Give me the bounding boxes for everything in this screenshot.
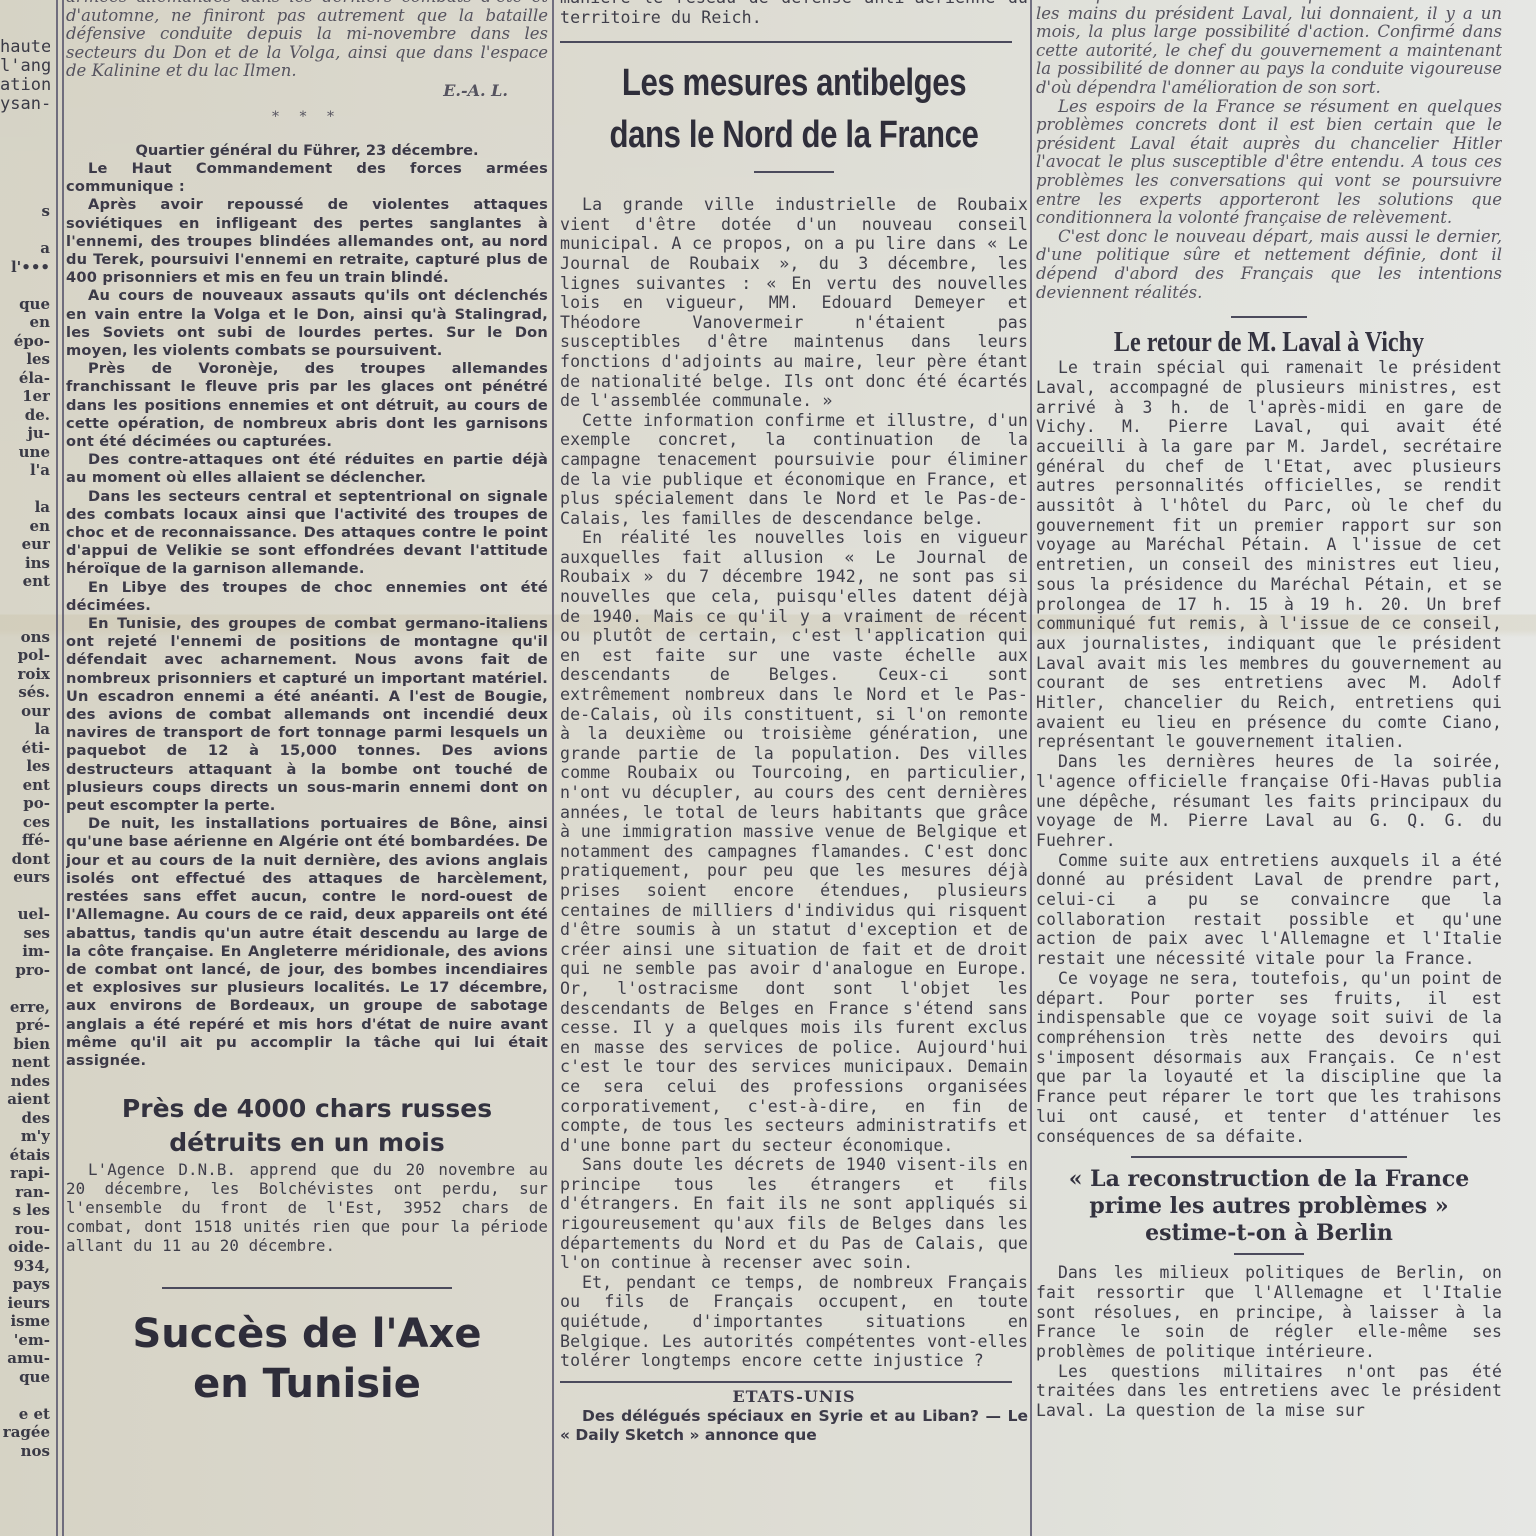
paragraph: Les questions militaires n'ont pas été t… [1036, 1362, 1502, 1421]
tunisia-headline: Succès de l'Axe en Tunisie [66, 1309, 548, 1409]
paragraph: Sans doute les décrets de 1940 visent-il… [560, 1155, 1028, 1273]
fragment-line: en [0, 313, 50, 332]
fragment-line: ragée [0, 1423, 50, 1442]
laval-headline: Le retour de M. Laval à Vichy [1069, 328, 1470, 358]
fragment-line: ran- [0, 1183, 50, 1202]
section-rule [162, 1287, 452, 1289]
paragraph: En réalité les nouvelles lois en vigueur… [560, 528, 1028, 1155]
fragment-line: ent [0, 776, 50, 795]
paragraph: Comme suite aux entretiens auxquels il a… [1036, 851, 1502, 969]
cutoff-top-fragment: hautel'ang-ationysan- [0, 38, 50, 114]
fragment-line: bien [0, 1035, 50, 1054]
paragraph: Le train spécial qui ramenait le préside… [1036, 358, 1502, 752]
fragment-line: eurs [0, 868, 50, 887]
fragment-line: la [0, 720, 50, 739]
fragment-line: que [0, 1368, 50, 1387]
cutoff-box-fragment: s al'••• queenépo-leséla-1erde.ju-unel'a… [0, 202, 50, 1460]
fragment-line [0, 1386, 50, 1405]
paragraph: Dans les secteurs central et septentrion… [66, 488, 548, 579]
communique-body: Le Haut Commandement des forces armées c… [66, 160, 548, 1070]
fragment-line: les [0, 350, 50, 369]
paragraph: Ce voyage ne sera, toutefois, qu'un poin… [1036, 969, 1502, 1146]
dateline: Quartier général du Führer, 23 décembre. [66, 142, 548, 160]
section-rule [1131, 1156, 1407, 1158]
fragment-line: erre, [0, 998, 50, 1017]
fragment-line: de. [0, 406, 50, 425]
fragment-line: épo- [0, 332, 50, 351]
paragraph: Après avoir repoussé de violentes attaqu… [66, 196, 548, 287]
fragment-line: ses [0, 924, 50, 943]
right-column: Les pouvoirs étendus remis par le Maréch… [1036, 0, 1502, 1536]
left-cutoff-column: hautel'ang-ationysan- s al'••• queenépo-… [0, 38, 50, 1536]
fragment-line: ation [0, 76, 50, 95]
fragment-line: roix [0, 665, 50, 684]
paragraph: En Libye des troupes de choc ennemies on… [66, 579, 548, 615]
fragment-line [0, 480, 50, 499]
top-fragment: manière le réseau de défense anti-aérien… [560, 0, 1028, 27]
section-rule [560, 41, 1012, 43]
fragment-line: e et [0, 1405, 50, 1424]
fragment-line [0, 276, 50, 295]
fragment-line: 934, [0, 1257, 50, 1276]
fragment-line: amu- [0, 1349, 50, 1368]
fragment-line: une [0, 443, 50, 462]
paragraph: De nuit, les installations portuaires de… [66, 815, 548, 1070]
column-rule [56, 0, 58, 1536]
fragment-line: eur [0, 535, 50, 554]
fragment-line: ces [0, 813, 50, 832]
fragment-line: des [0, 1109, 50, 1128]
paragraph: Cette information confirme et illustre, … [560, 411, 1028, 529]
fragment-line: la [0, 498, 50, 517]
fragment-line: pays [0, 1275, 50, 1294]
paragraph: Près de Voronèje, des troupes allemandes… [66, 360, 548, 451]
fragment-line [0, 979, 50, 998]
paragraph: Dans les dernières heures de la soirée, … [1036, 752, 1502, 851]
fragment-line: étais [0, 1146, 50, 1165]
laval-article-body: Le train spécial qui ramenait le préside… [1036, 358, 1502, 1146]
fragment-line: s les [0, 1201, 50, 1220]
paragraph: Les espoirs de la France se résument en … [1036, 98, 1502, 228]
separator-stars: * * * [66, 106, 548, 128]
fragment-line: éla- [0, 369, 50, 388]
left-column: armées allemandes dans les derniers comb… [66, 0, 548, 1536]
fragment-line [0, 221, 50, 240]
fragment-line: ju- [0, 424, 50, 443]
usa-kicker: ETATS-UNIS [560, 1387, 1028, 1407]
fragment-line: ysan- [0, 95, 50, 114]
fragment-line: our [0, 702, 50, 721]
fragment-line [0, 887, 50, 906]
author-signature: E.-A. L. [66, 81, 548, 100]
fragment-line: rapi- [0, 1164, 50, 1183]
middle-column: manière le réseau de défense anti-aérien… [560, 0, 1028, 1536]
fragment-line: pré- [0, 1016, 50, 1035]
paragraph: Dans les milieux politiques de Berlin, o… [1036, 1263, 1502, 1362]
paragraph: Des contre-attaques ont été réduites en … [66, 451, 548, 487]
paragraph: Au cours de nouveaux assauts qu'ils ont … [66, 287, 548, 360]
headline-rule [754, 171, 834, 173]
fragment-line: ent [0, 572, 50, 591]
fragment-line: dont [0, 850, 50, 869]
fragment-line: haute [0, 38, 50, 57]
berlin-article-body: Dans les milieux politiques de Berlin, o… [1036, 1263, 1502, 1421]
fragment-line: l'a [0, 461, 50, 480]
fragment-line: 'em- [0, 1331, 50, 1350]
editorial-block: Les pouvoirs étendus remis par le Maréch… [1036, 0, 1502, 302]
usa-lead: Des délégués spéciaux en Syrie et au Lib… [560, 1407, 1028, 1445]
fragment-line: nos [0, 1442, 50, 1461]
fragment-line: les [0, 757, 50, 776]
berlin-headline: « La reconstruction de la France prime l… [1036, 1166, 1502, 1247]
fragment-line: oide- [0, 1238, 50, 1257]
tanks-headline: Près de 4000 chars russes détruits en un… [66, 1092, 548, 1160]
fragment-line: ieurs [0, 1294, 50, 1313]
headline-rule [1234, 1253, 1304, 1255]
fragment-line: ons [0, 628, 50, 647]
section-rule [1231, 316, 1307, 318]
paragraph: Les pouvoirs étendus remis par le Maréch… [1036, 0, 1502, 98]
commentary-block: armées allemandes dans les derniers comb… [66, 0, 548, 81]
fragment-line: m'y [0, 1127, 50, 1146]
fragment-line: isme [0, 1312, 50, 1331]
column-rule [552, 0, 554, 1536]
paragraph: La grande ville industrielle de Roubaix … [560, 195, 1028, 411]
paragraph: C'est donc le nouveau départ, mais aussi… [1036, 228, 1502, 302]
fragment-line: 1er [0, 387, 50, 406]
tanks-article-body: L'Agence D.N.B. apprend que du 20 novemb… [66, 1160, 548, 1255]
paragraph: Le Haut Commandement des forces armées c… [66, 160, 548, 196]
fragment-line: pro- [0, 961, 50, 980]
fragment-line: ins [0, 554, 50, 573]
fragment-line: po- [0, 794, 50, 813]
fragment-line: a [0, 239, 50, 258]
belgian-measures-headline: Les mesures antibelges dans le Nord de l… [602, 57, 986, 161]
commentary-paragraph: armées allemandes dans les derniers comb… [66, 0, 548, 81]
fragment-line: nent [0, 1053, 50, 1072]
fragment-line: sés. [0, 683, 50, 702]
column-rule [1030, 0, 1032, 1536]
fragment-line: s [0, 202, 50, 221]
paragraph: Et, pendant ce temps, de nombreux França… [560, 1273, 1028, 1371]
fragment-line [0, 591, 50, 610]
fragment-line: ndes [0, 1072, 50, 1091]
column-rule [62, 0, 64, 1536]
fragment-line: l'ang- [0, 57, 50, 76]
fragment-line [0, 609, 50, 628]
paragraph: En Tunisie, des groupes de combat german… [66, 615, 548, 815]
newspaper-page: hautel'ang-ationysan- s al'••• queenépo-… [0, 0, 1536, 1536]
section-rule [560, 1381, 1012, 1383]
fragment-line: rou- [0, 1220, 50, 1239]
fragment-line: im- [0, 942, 50, 961]
fragment-line: en [0, 517, 50, 536]
fragment-line: uel- [0, 905, 50, 924]
fragment-line: que [0, 295, 50, 314]
fragment-line: pol- [0, 646, 50, 665]
belgian-measures-body: La grande ville industrielle de Roubaix … [560, 195, 1028, 1371]
fragment-line: aient [0, 1090, 50, 1109]
fragment-line: l'••• [0, 258, 50, 277]
fragment-line: ffé- [0, 831, 50, 850]
fragment-line: éti- [0, 739, 50, 758]
